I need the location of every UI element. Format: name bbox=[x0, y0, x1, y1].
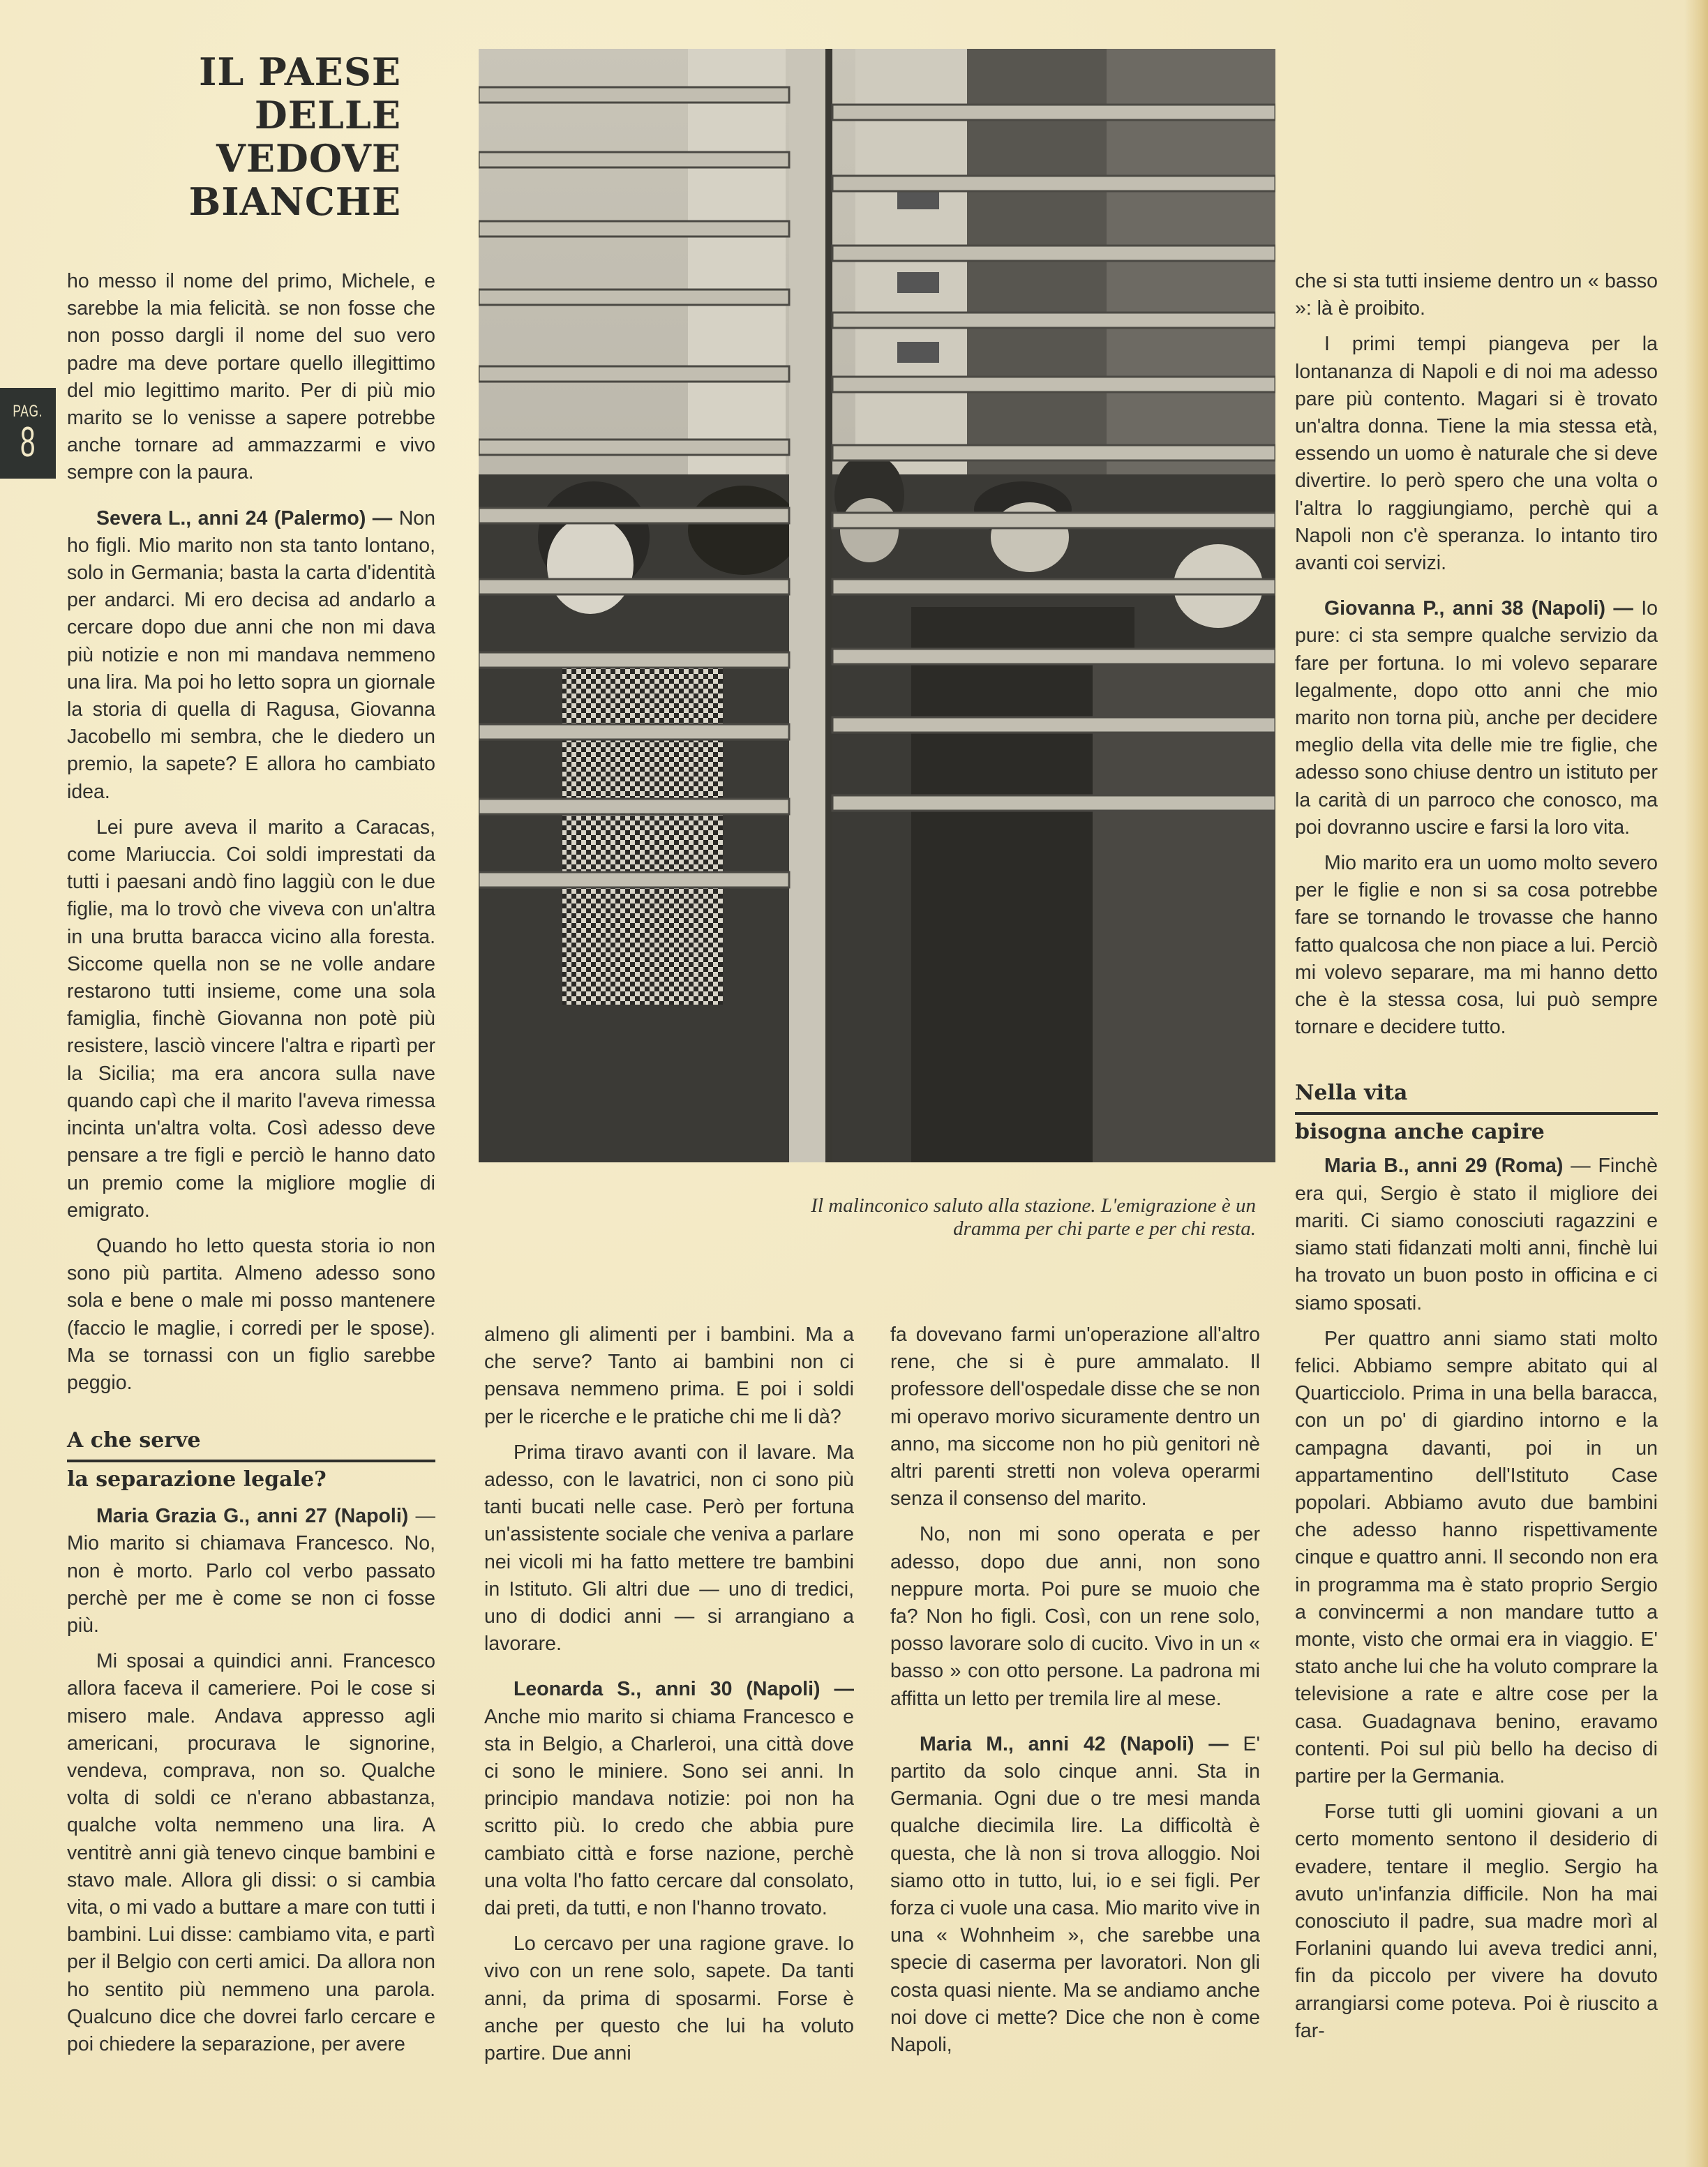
photo-illustration bbox=[479, 49, 1275, 1162]
headline-line-1: IL PAESE bbox=[63, 50, 401, 93]
paragraph: Forse tutti gli uomini giovani a un cert… bbox=[1295, 1799, 1658, 2045]
paragraph: almeno gli alimenti per i bambini. Ma a … bbox=[484, 1321, 854, 1431]
paragraph: Maria M., anni 42 (Napoli) — E' partito … bbox=[890, 1731, 1260, 2059]
speaker-name: Maria Grazia G., anni 27 (Napoli) bbox=[96, 1505, 408, 1527]
paragraph: Prima tiravo avanti con il lavare. Ma ad… bbox=[484, 1439, 854, 1658]
section-subhead: Nella vita bisogna anche capire bbox=[1295, 1080, 1658, 1146]
text-column-3: fa dovevano farmi un'operazione all'altr… bbox=[890, 1321, 1260, 2059]
photo-caption: Il malinconico saluto alla stazione. L'e… bbox=[809, 1194, 1256, 1240]
page-edge-shadow bbox=[1684, 0, 1708, 2167]
speaker-name: Giovanna P., anni 38 (Napoli) — bbox=[1324, 597, 1633, 620]
subhead-line-1: Nella vita bbox=[1295, 1080, 1658, 1115]
page-number: 8 bbox=[20, 421, 36, 464]
subhead-line-1: A che serve bbox=[67, 1427, 435, 1462]
paragraph: Leonarda S., anni 30 (Napoli) — Anche mi… bbox=[484, 1676, 854, 1922]
subhead-line-2: la separazione legale? bbox=[67, 1467, 435, 1493]
subhead-line-2: bisogna anche capire bbox=[1295, 1119, 1658, 1146]
headline-line-2: DELLE VEDOVE bbox=[63, 93, 401, 180]
paragraph: Quando ho letto questa storia io non son… bbox=[67, 1233, 435, 1397]
paragraph: Mi sposai a quindici anni. Francesco all… bbox=[67, 1648, 435, 2058]
speaker-name: Maria B., anni 29 (Roma) bbox=[1324, 1155, 1563, 1177]
paragraph: No, non mi sono operata e per adesso, do… bbox=[890, 1521, 1260, 1712]
paragraph: Per quattro anni siamo stati molto felic… bbox=[1295, 1326, 1658, 1790]
paragraph: I primi tempi piangeva per la lontananza… bbox=[1295, 331, 1658, 577]
station-gate-photo bbox=[479, 49, 1275, 1162]
headline-line-3: BIANCHE bbox=[63, 180, 401, 223]
text-column-2: almeno gli alimenti per i bambini. Ma a … bbox=[484, 1321, 854, 2067]
paragraph: Severa L., anni 24 (Palermo) — Non ho fi… bbox=[67, 505, 435, 806]
text-column-1: ho messo il nome del primo, Michele, e s… bbox=[67, 268, 435, 2058]
paragraph: Maria B., anni 29 (Roma) — Finchè era qu… bbox=[1295, 1153, 1658, 1317]
speaker-name: Maria M., anni 42 (Napoli) — bbox=[920, 1733, 1229, 1755]
paragraph: Lei pure aveva il marito a Caracas, come… bbox=[67, 814, 435, 1224]
page-number-tab: PAG. 8 bbox=[0, 388, 56, 479]
paragraph: Maria Grazia G., anni 27 (Napoli) — Mio … bbox=[67, 1503, 435, 1640]
text-column-4: che si sta tutti insieme dentro un « bas… bbox=[1295, 268, 1658, 2045]
paragraph: Lo cercavo per una ragione grave. Io viv… bbox=[484, 1930, 854, 2067]
article-headline: IL PAESE DELLE VEDOVE BIANCHE bbox=[63, 50, 401, 223]
paragraph: Mio marito era un uomo molto severo per … bbox=[1295, 850, 1658, 1041]
speaker-name: Severa L., anni 24 (Palermo) — bbox=[96, 507, 392, 530]
paragraph: che si sta tutti insieme dentro un « bas… bbox=[1295, 268, 1658, 322]
paragraph: Giovanna P., anni 38 (Napoli) — Io pure:… bbox=[1295, 595, 1658, 841]
section-subhead: A che serve la separazione legale? bbox=[67, 1427, 435, 1493]
paragraph: fa dovevano farmi un'operazione all'altr… bbox=[890, 1321, 1260, 1513]
paragraph: ho messo il nome del primo, Michele, e s… bbox=[67, 268, 435, 487]
speaker-name: Leonarda S., anni 30 (Napoli) — bbox=[514, 1678, 854, 1700]
